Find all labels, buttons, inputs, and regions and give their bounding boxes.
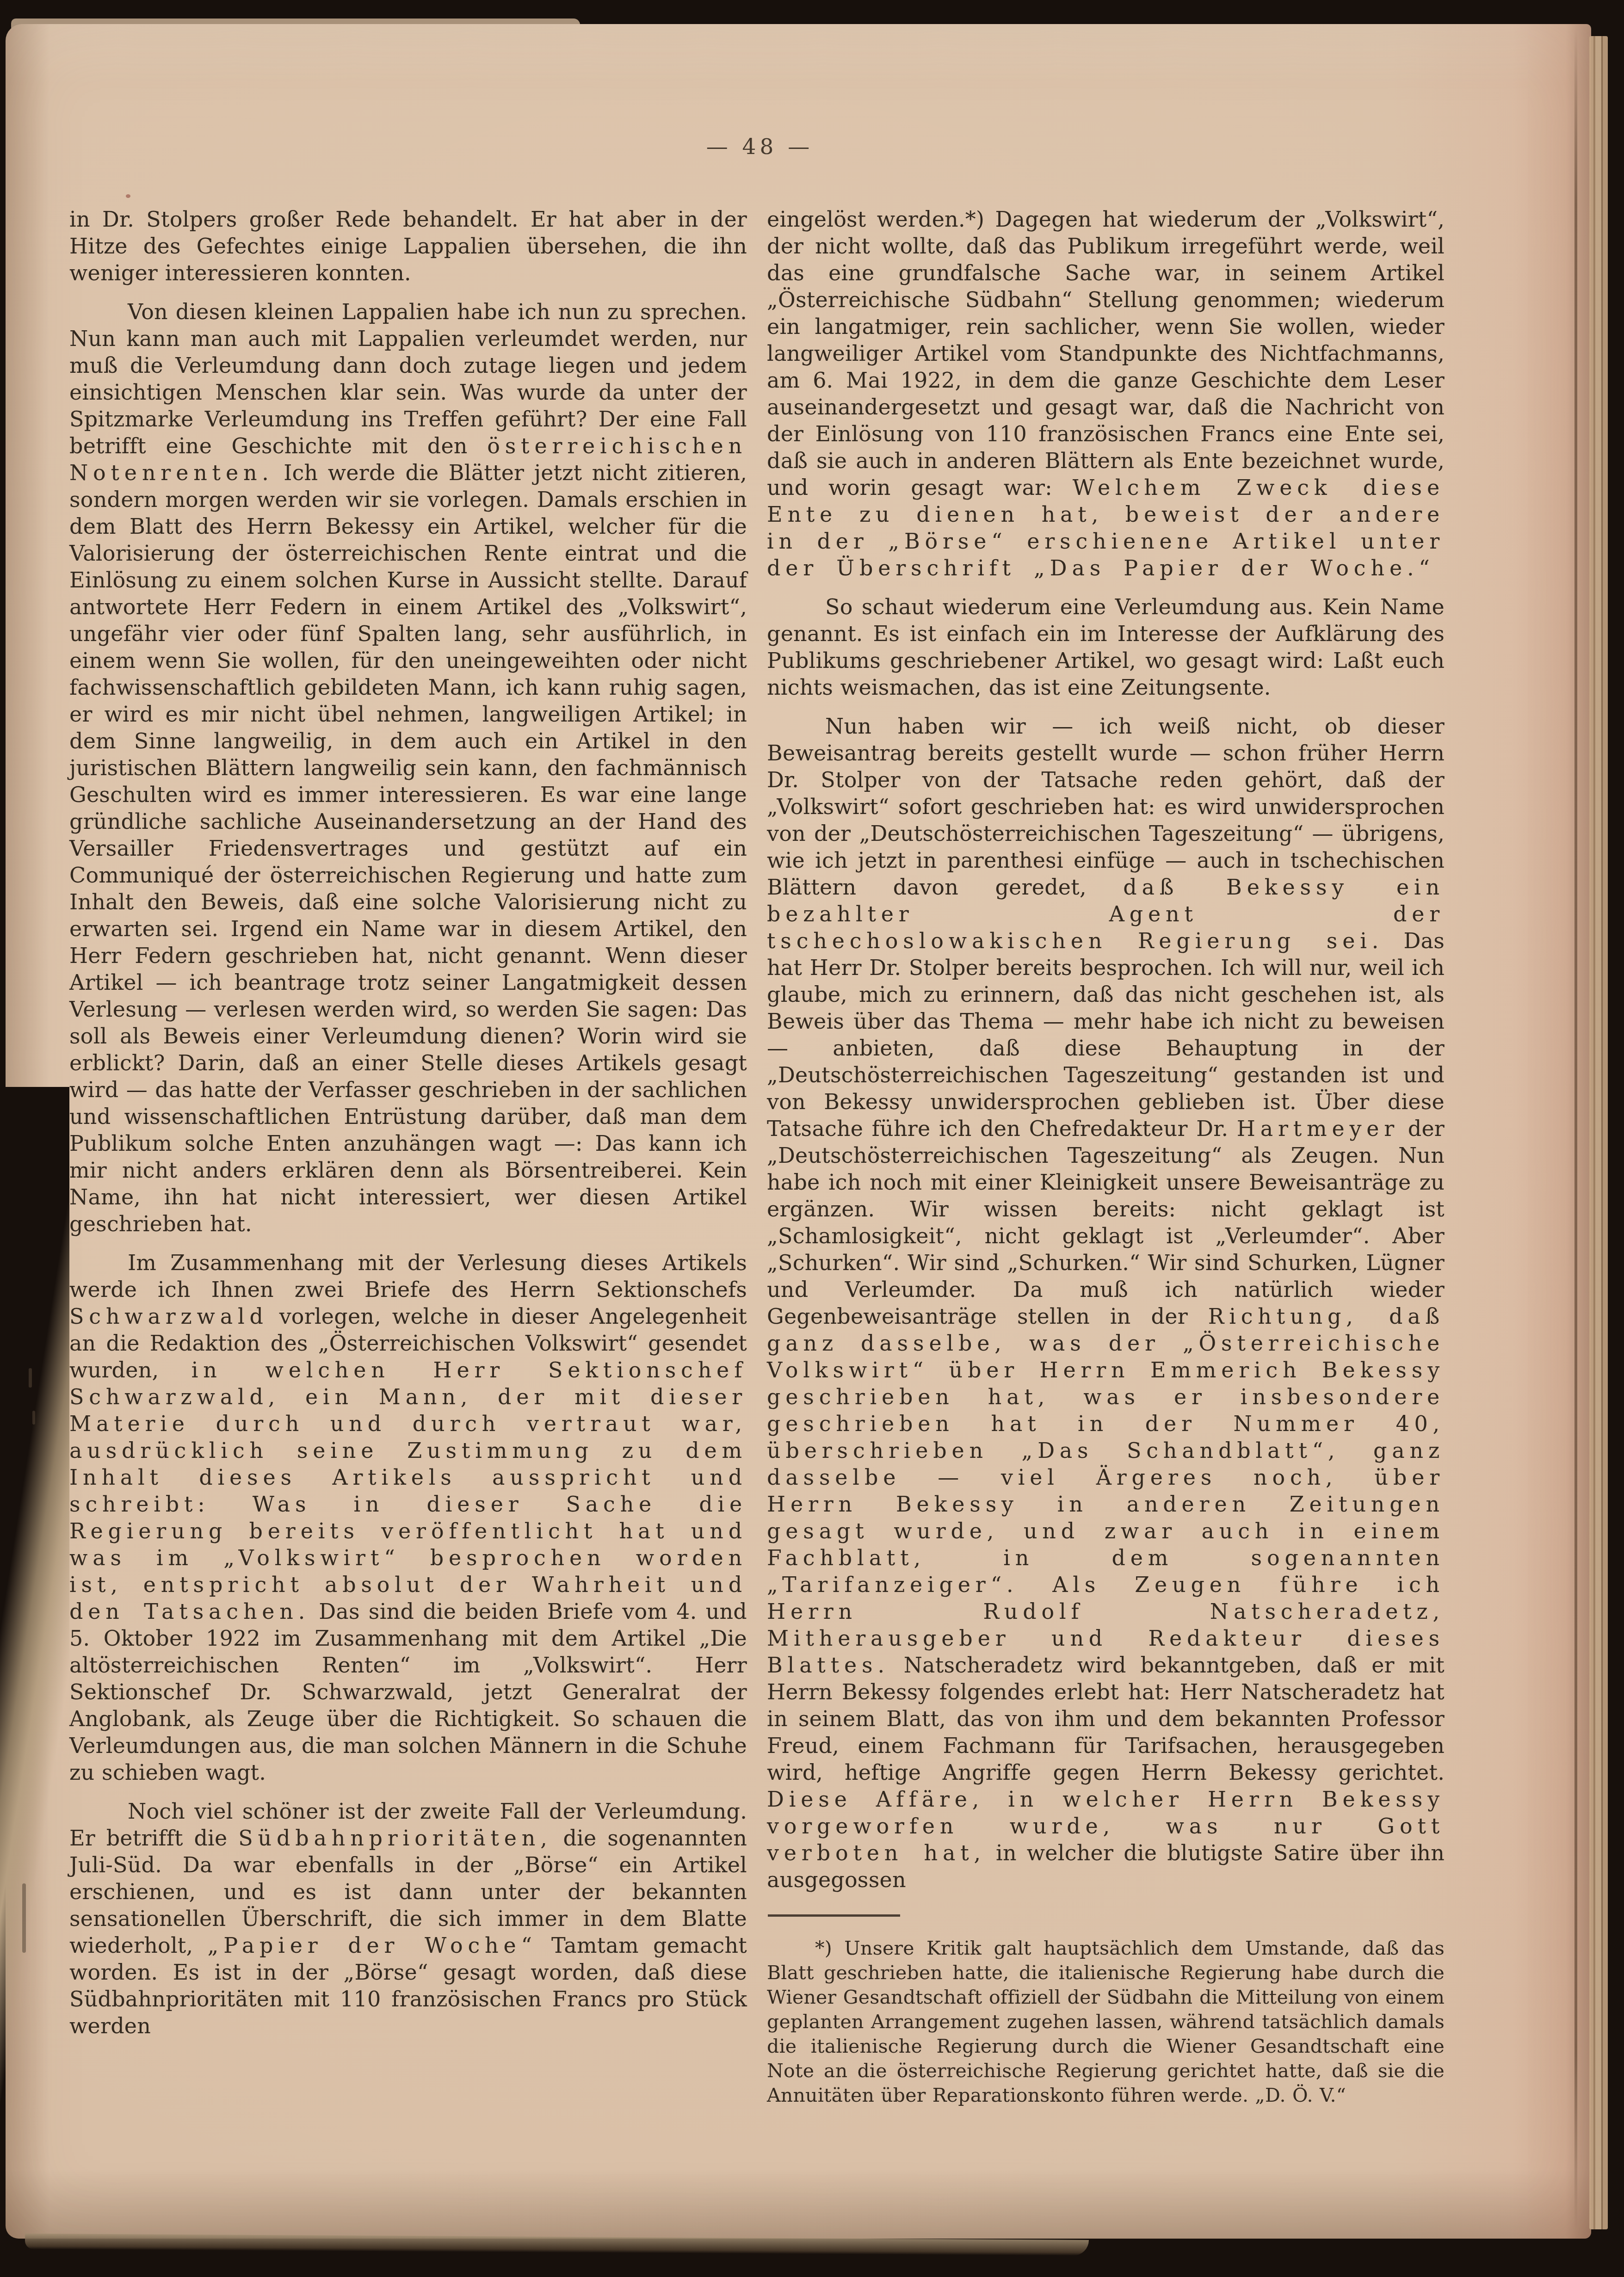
body-text: So schaut wiederum eine Verleumdung aus.… [767, 594, 1445, 700]
emphasized-spaced-text: „Papier der Woche“ [207, 1933, 537, 1958]
paragraph: So schaut wiederum eine Verleumdung aus.… [767, 593, 1445, 701]
scanned-book-photo: — 48 — in Dr. Stolpers großer Rede behan… [0, 0, 1624, 2277]
book-page: — 48 — in Dr. Stolpers großer Rede behan… [6, 24, 1591, 2239]
page-number: — 48 — [69, 134, 1450, 160]
body-text: Das sind die beiden Briefe vom 4. und 5.… [69, 1599, 747, 1785]
body-text: Ich werde die Blätter jetzt nicht zitier… [69, 460, 747, 1236]
emphasized-spaced-text: Schwarzwald [69, 1304, 268, 1329]
footnote-separator-rule [768, 1914, 900, 1917]
body-text: Im Zusammenhang mit der Verlesung dieses… [69, 1250, 747, 1302]
page-edge-stack-right [1589, 36, 1608, 2229]
margin-mark [32, 1411, 35, 1425]
body-text: eingelöst werden.*) Dagegen hat wiederum… [767, 207, 1445, 500]
right-column-paragraphs: eingelöst werden.*) Dagegen hat wiederum… [767, 206, 1445, 1893]
paragraph: eingelöst werden.*) Dagegen hat wiederum… [767, 206, 1445, 581]
body-text: Das hat Herr Dr. Stolper bereits besproc… [767, 928, 1445, 1141]
left-column: in Dr. Stolpers großer Rede behandelt. E… [69, 206, 747, 2051]
body-text: der „Deutschösterreichischen Tageszeitun… [767, 1116, 1445, 1329]
page-crease-right [1575, 28, 1577, 2229]
body-text: in Dr. Stolpers großer Rede behandelt. E… [69, 207, 747, 285]
right-column: eingelöst werden.*) Dagegen hat wiederum… [767, 206, 1445, 2108]
margin-mark [29, 1368, 32, 1388]
body-text: Nun haben wir — ich weiß nicht, ob diese… [767, 714, 1445, 900]
paragraph: Noch viel schöner ist der zweite Fall de… [69, 1798, 747, 2039]
ink-speck [319, 1196, 326, 1201]
paragraph: Nun haben wir — ich weiß nicht, ob diese… [767, 713, 1445, 1893]
body-text: *) Unsere Kritik galt hauptsächlich dem … [767, 1937, 1445, 2106]
paragraph: Im Zusammenhang mit der Verlesung dieses… [69, 1249, 747, 1786]
page-edge-stack-left [0, 1087, 69, 2243]
emphasized-spaced-text: Südbahnprioritäten, [238, 1826, 552, 1851]
paragraph: in Dr. Stolpers großer Rede behandelt. E… [69, 206, 747, 286]
emphasized-spaced-text: in welchen Herr Sektionschef Schwarzwald… [69, 1358, 747, 1624]
emphasized-spaced-text: Hartmeyer [1237, 1116, 1399, 1141]
footnote: *) Unsere Kritik galt hauptsächlich dem … [767, 1936, 1445, 2108]
paragraph: Von diesen kleinen Lappalien habe ich nu… [69, 298, 747, 1237]
margin-mark [22, 1883, 26, 1953]
ink-speck [126, 194, 130, 198]
emphasized-spaced-text: Richtung, daß ganz dasselbe, was der „Ös… [767, 1304, 1445, 1678]
